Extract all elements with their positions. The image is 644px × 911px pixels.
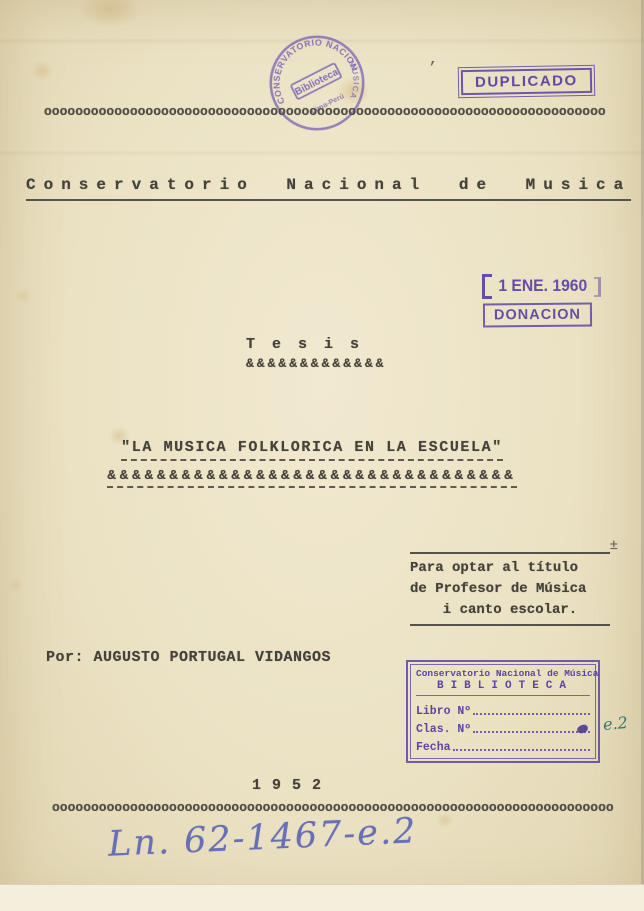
- date-stamp-label: 1 ENE. 1960: [498, 277, 587, 296]
- author-line: Por: AUGUSTO PORTUGAL VIDANGOS: [46, 649, 331, 666]
- paper-crease: [0, 150, 644, 156]
- purpose-line-3: i canto escolar.: [410, 600, 610, 621]
- paper-stain: [30, 60, 54, 82]
- title-block: "LA MUSICA FOLKLORICA EN LA ESCUELA" &&&…: [88, 438, 536, 488]
- fecha-row: Fecha: [416, 736, 590, 754]
- stamp-bracket-left: [482, 274, 492, 299]
- thesis-label: Tesis: [246, 336, 376, 353]
- dotted-leader: [473, 713, 590, 715]
- document-title: "LA MUSICA FOLKLORICA EN LA ESCUELA": [121, 439, 503, 461]
- fecha-label: Fecha: [416, 741, 451, 754]
- thesis-flourish: &&&&&&&&&&&&&: [246, 356, 386, 371]
- library-stamp-inner: Conservatorio Nacional de Música BIBLIOT…: [410, 664, 596, 759]
- paper-stain: [8, 578, 24, 592]
- typed-divider-top: oooooooooooooooooooooooooooooooooooooooo…: [44, 104, 606, 119]
- paper-stain: [14, 288, 32, 304]
- duplicado-stamp: DUPLICADO: [458, 65, 595, 98]
- donacion-stamp: DONACION: [483, 303, 592, 328]
- library-stamp-title: Conservatorio Nacional de Música: [416, 668, 590, 679]
- stray-mark: ’: [428, 60, 437, 77]
- circular-stamp-graphic: CONSERVATORIO NACIONAL MUSICA Biblioteca…: [238, 4, 397, 163]
- institution-header: Conservatorio Nacional de Musica: [26, 176, 631, 201]
- scan-edge-bottom: [0, 884, 644, 911]
- libro-number-label: Libro Nº: [416, 705, 471, 718]
- pencil-annotation-mark: ±: [610, 538, 618, 554]
- clasificacion-row: Clas. Nº: [416, 718, 590, 736]
- duplicado-stamp-label: DUPLICADO: [461, 68, 592, 95]
- year-line: 1952: [252, 777, 332, 794]
- date-received-stamp: 1 ENE. 1960: [482, 274, 601, 299]
- stamp-bracket-right: [594, 277, 601, 297]
- paper-stain: [78, 0, 142, 28]
- handwritten-call-number: Ln. 62-1467-e.2: [107, 811, 418, 864]
- degree-purpose-block: ± Para optar al título de Profesor de Mú…: [410, 552, 610, 626]
- purpose-line-1: Para optar al título: [410, 558, 610, 579]
- circular-library-stamp: CONSERVATORIO NACIONAL MUSICA Biblioteca…: [238, 4, 397, 163]
- title-flourish: &&&&&&&&&&&&&&&&&&&&&&&&&&&&&&&&&: [107, 468, 516, 488]
- libro-number-row: Libro Nº: [416, 700, 590, 718]
- library-accession-stamp: Conservatorio Nacional de Música BIBLIOT…: [406, 660, 600, 763]
- scanned-thesis-cover-page: CONSERVATORIO NACIONAL MUSICA Biblioteca…: [0, 0, 644, 911]
- dotted-leader: [473, 731, 590, 733]
- purpose-line-2: de Profesor de Música: [410, 579, 610, 600]
- typed-divider-bottom: oooooooooooooooooooooooooooooooooooooooo…: [52, 800, 614, 815]
- handwritten-class-annotation: e.2: [602, 713, 628, 734]
- dotted-leader: [453, 749, 590, 751]
- clasificacion-label: Clas. Nº: [416, 723, 471, 736]
- library-stamp-subtitle: BIBLIOTECA: [416, 679, 590, 696]
